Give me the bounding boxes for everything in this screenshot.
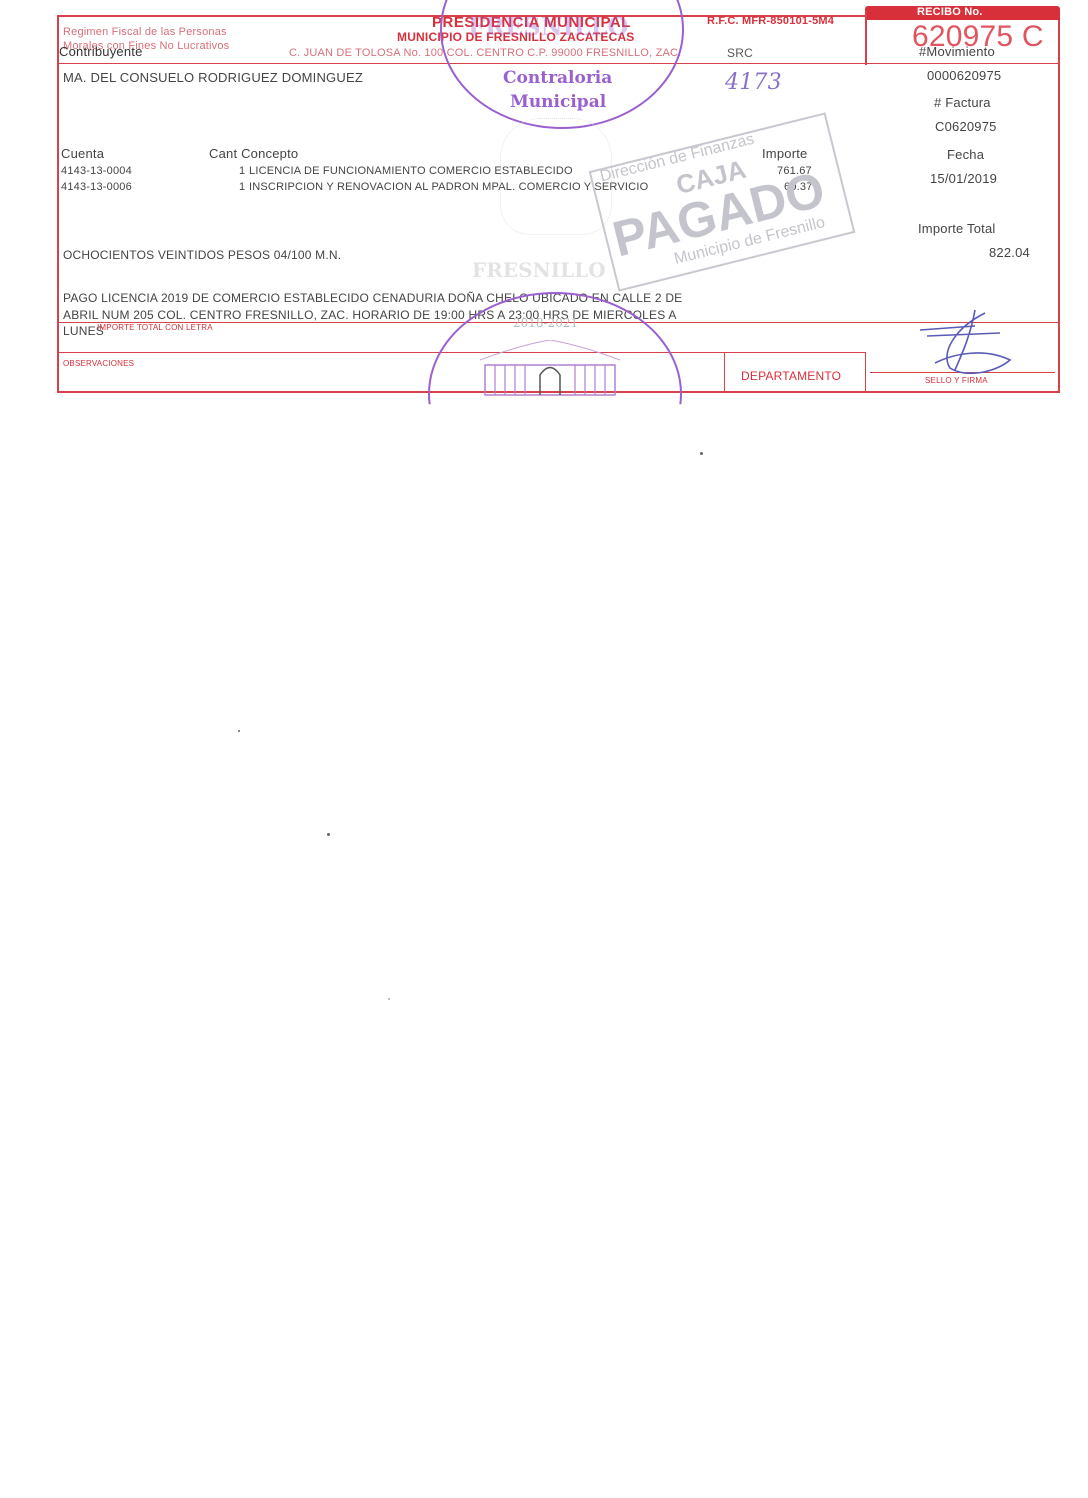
col-header-cant-concepto: Cant Concepto [209,146,298,161]
movimiento-label: #Movimiento [919,44,995,59]
recibo-label: RECIBO No. [917,6,983,18]
row-cuenta: 4143-13-0004 [61,165,132,177]
departamento-box-right [865,352,866,392]
movimiento-value: 0000620975 [927,68,1001,83]
signature-icon [915,308,1015,378]
form-border-right [1058,10,1060,393]
departamento-box-left [724,352,725,392]
col-header-cuenta: Cuenta [61,146,104,161]
factura-value: C0620975 [935,119,997,134]
stamp-term: 2018-2021 [513,316,578,330]
stamp-contraloria-line1: Contraloria [503,68,612,88]
regimen-fiscal-line1: Regimen Fiscal de las Personas [63,26,227,38]
stamp-fresnillo-top: FRESNILLO [468,12,628,41]
handwritten-note: 4173 [725,70,782,95]
importe-total-value: 822.04 [989,245,1030,260]
importe-con-letra: OCHOCIENTOS VEINTIDOS PESOS 04/100 M.N. [63,248,341,262]
contribuyente-label: Contribuyente [59,44,143,59]
row-cuenta: 4143-13-0006 [61,181,132,193]
form-border-left [57,15,59,393]
observaciones-label: OBSERVACIONES [63,359,134,368]
factura-label: # Factura [934,95,991,110]
stamp-contraloria-line2: Municipal [510,92,606,112]
src-overlay: SRC [727,46,753,60]
row-cant: 1 [239,165,245,177]
recibo-box-left [865,10,867,65]
fecha-label: Fecha [947,147,984,162]
building-icon [480,340,620,400]
importe-total-label: Importe Total [918,221,996,236]
departamento-label: DEPARTAMENTO [741,369,841,383]
importe-letra-label: IMPORTE TOTAL CON LETRA [97,323,213,332]
contribuyente-name: MA. DEL CONSUELO RODRIGUEZ DOMINGUEZ [63,70,363,85]
scan-speck [238,730,240,732]
fecha-value: 15/01/2019 [930,171,997,186]
row-cant: 1 [239,181,245,193]
scan-speck [327,833,330,836]
scan-speck [700,452,703,455]
stamp-fresnillo-mid: FRESNILLO [472,258,606,282]
rfc: R.F.C. MFR-850101-5M4 [707,15,834,27]
scan-speck [388,998,390,1000]
